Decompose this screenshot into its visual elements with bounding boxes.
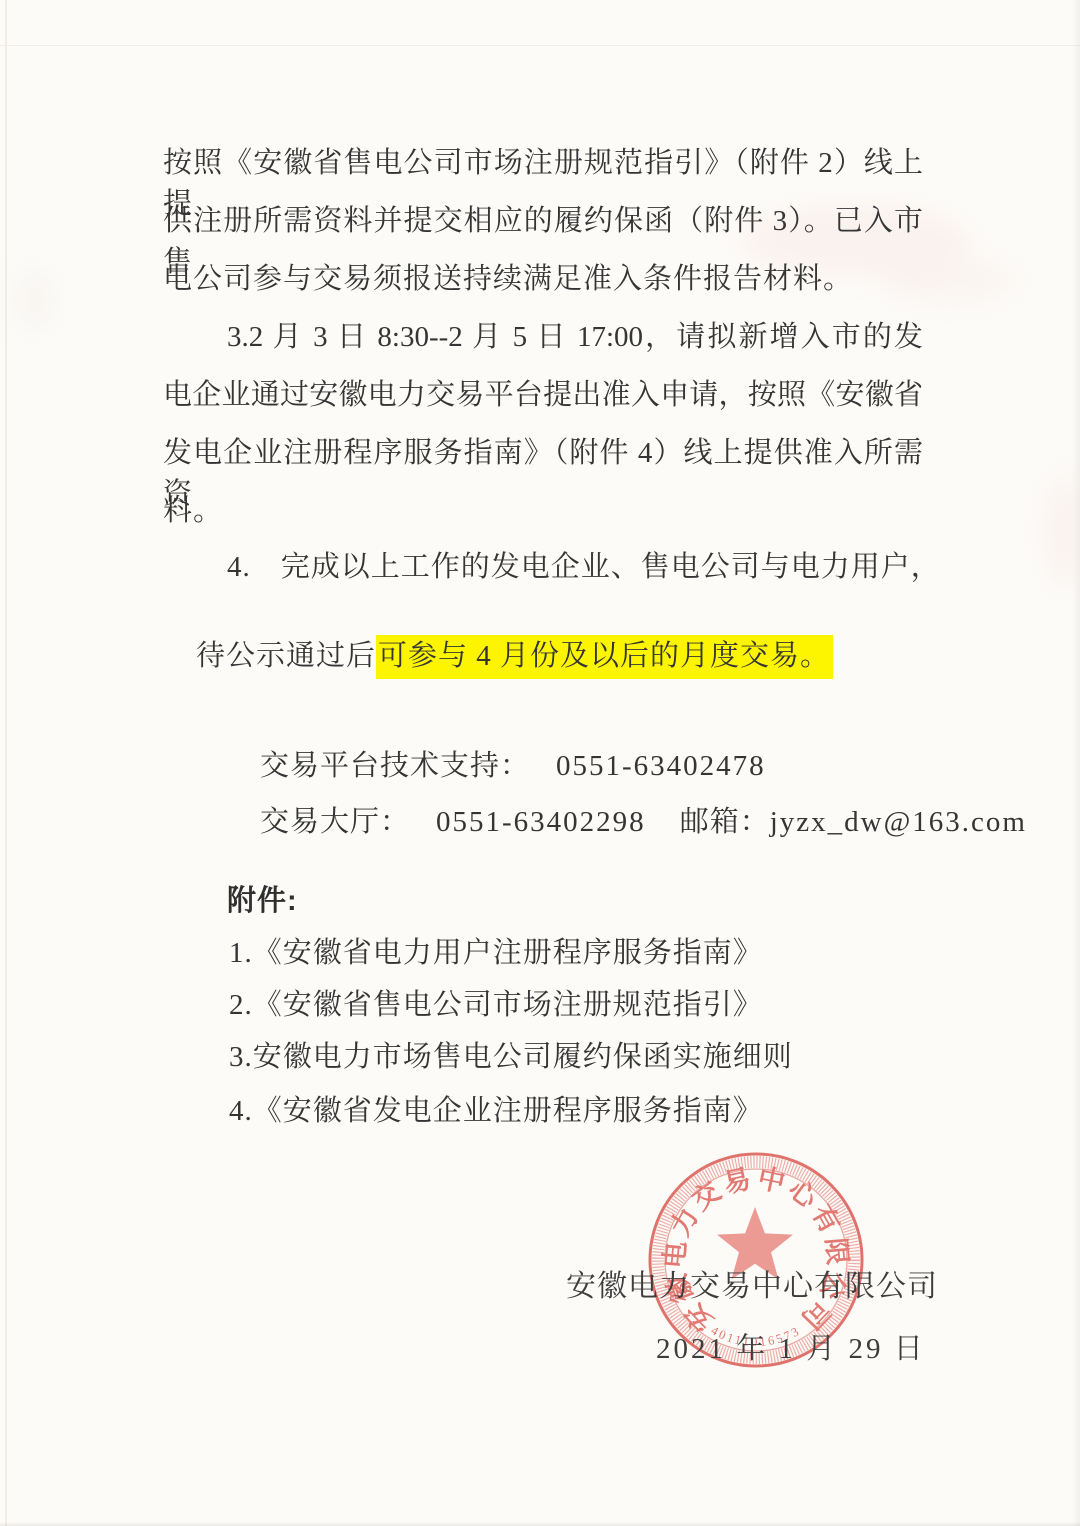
scan-edge-left (5, 0, 7, 1526)
issuer-company-name: 安徽电力交易中心有限公司 (566, 1261, 938, 1305)
attachment-item: 4.《安徽省发电企业注册程序服务指南》 (229, 1088, 763, 1129)
body-line: 电企业通过安徽电力交易平台提出准入申请，按照《安徽省 (163, 372, 923, 413)
attachment-item: 1.《安徽省电力用户注册程序服务指南》 (229, 930, 763, 971)
body-line: 3.2 月 3 日 8:30--2 月 5 日 17:00，请拟新增入市的发 (227, 314, 923, 355)
attachment-item: 2.《安徽省售电公司市场注册规范指引》 (229, 982, 763, 1023)
email-address: jyzx_dw@163.com (770, 806, 1027, 838)
body-line: 发电企业注册程序服务指南》（附件 4）线上提供准入所需资 (163, 430, 923, 512)
contact-hall-line: 交易大厅：0551-63402298邮箱：jyzx_dw@163.com (227, 766, 1027, 873)
scanned-document-page: { "page": { "paper_color": "#fcfbf8", "t… (0, 0, 1080, 1526)
scan-edge-right (1072, 0, 1080, 1526)
issue-date: 2021 年 1 月 29 日 (656, 1326, 926, 1367)
attachment-item: 3.安徽电力市场售电公司履约保函实施细则 (229, 1034, 793, 1075)
body-line-highlighted: 待公示通过后可参与 4 月份及以后的月度交易。 (163, 600, 833, 707)
attachments-header: 附件: (227, 878, 298, 919)
body-line: 料。 (163, 488, 223, 529)
body-line: 4. 完成以上工作的发电企业、售电公司与电力用户， (227, 544, 941, 585)
ink-bleed-ghost (20, 270, 50, 330)
email-label: 邮箱： (680, 806, 770, 838)
hall-phone-number: 0551-63402298 (436, 806, 646, 838)
highlight-prefix-text: 待公示通过后 (196, 640, 376, 672)
highlighted-text: 可参与 4 月份及以后的月度交易。 (376, 635, 833, 679)
hall-label: 交易大厅： (260, 806, 410, 838)
body-line: 电公司参与交易须报送持续满足准入条件报告材料。 (163, 256, 853, 297)
